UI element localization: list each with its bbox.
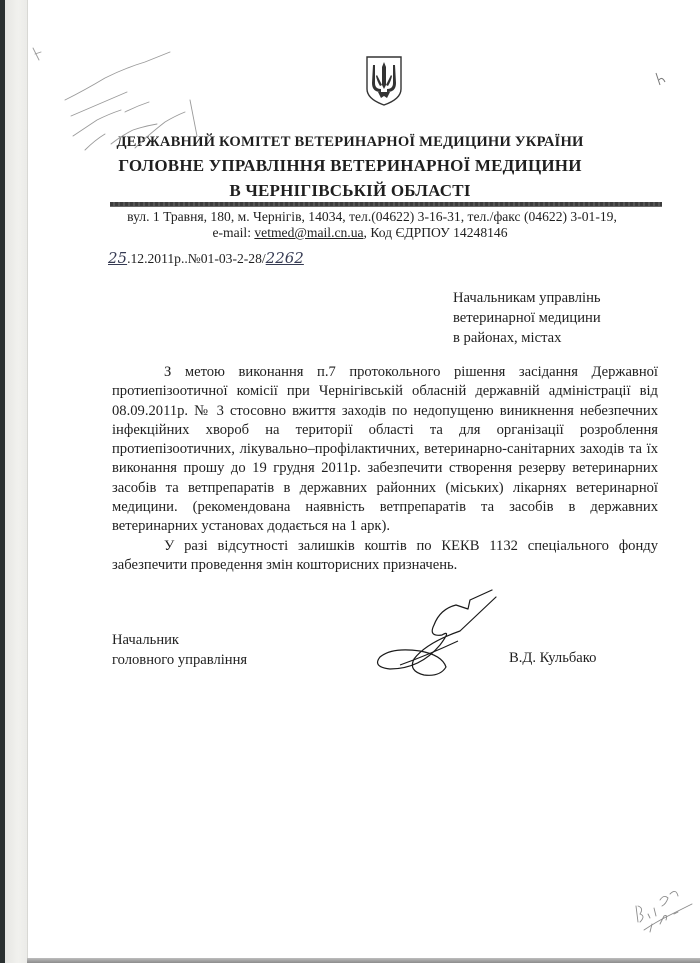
edrpou-code: , Код ЄДРПОУ 14248146: [364, 225, 508, 240]
handwritten-resolution-note-icon: [25, 40, 205, 160]
addressee-line-1: Начальникам управлінь: [453, 288, 601, 308]
org-region: В ЧЕРНІГІВСЬКІЙ ОБЛАСТІ: [0, 181, 700, 201]
contact-line: e-mail: vetmed@mail.cn.ua, Код ЄДРПОУ 14…: [10, 225, 700, 241]
signatory-title-line-2: головного управління: [112, 650, 247, 670]
addressee-line-2: ветеринарної медицини: [453, 308, 601, 328]
handwritten-signature-icon: [370, 585, 510, 680]
outgoing-number: 25.12.2011р..№01-03-2-28/2262: [108, 249, 304, 267]
signatory-title: Начальник головного управління: [112, 630, 247, 670]
body-paragraph-2: У разі відсутності залишків коштів по КЕ…: [112, 537, 658, 576]
handwritten-day: 25: [108, 249, 127, 267]
date-and-index: .12.2011р..№01-03-2-28/: [127, 251, 266, 266]
handwritten-registration-note-icon: [630, 870, 700, 940]
email-label: e-mail:: [212, 225, 254, 240]
signatory-title-line-1: Начальник: [112, 630, 247, 650]
signatory-name: В.Д. Кульбако: [509, 650, 596, 667]
scan-bottom-edge: [27, 958, 700, 963]
address-line: вул. 1 Травня, 180, м. Чернігів, 14034, …: [22, 209, 700, 225]
letter-body: З метою виконання п.7 протокольного ріше…: [112, 363, 658, 575]
addressee-line-3: в районах, містах: [453, 328, 601, 348]
header-divider: [110, 202, 662, 207]
handwritten-number: 2262: [266, 249, 304, 267]
handwritten-corner-mark-icon: [652, 70, 672, 90]
trident-coat-of-arms-icon: [365, 55, 403, 107]
body-paragraph-1: З метою виконання п.7 протокольного ріше…: [112, 363, 658, 537]
addressee-block: Начальникам управлінь ветеринарної медиц…: [453, 288, 601, 348]
email-link[interactable]: vetmed@mail.cn.ua: [254, 225, 363, 240]
